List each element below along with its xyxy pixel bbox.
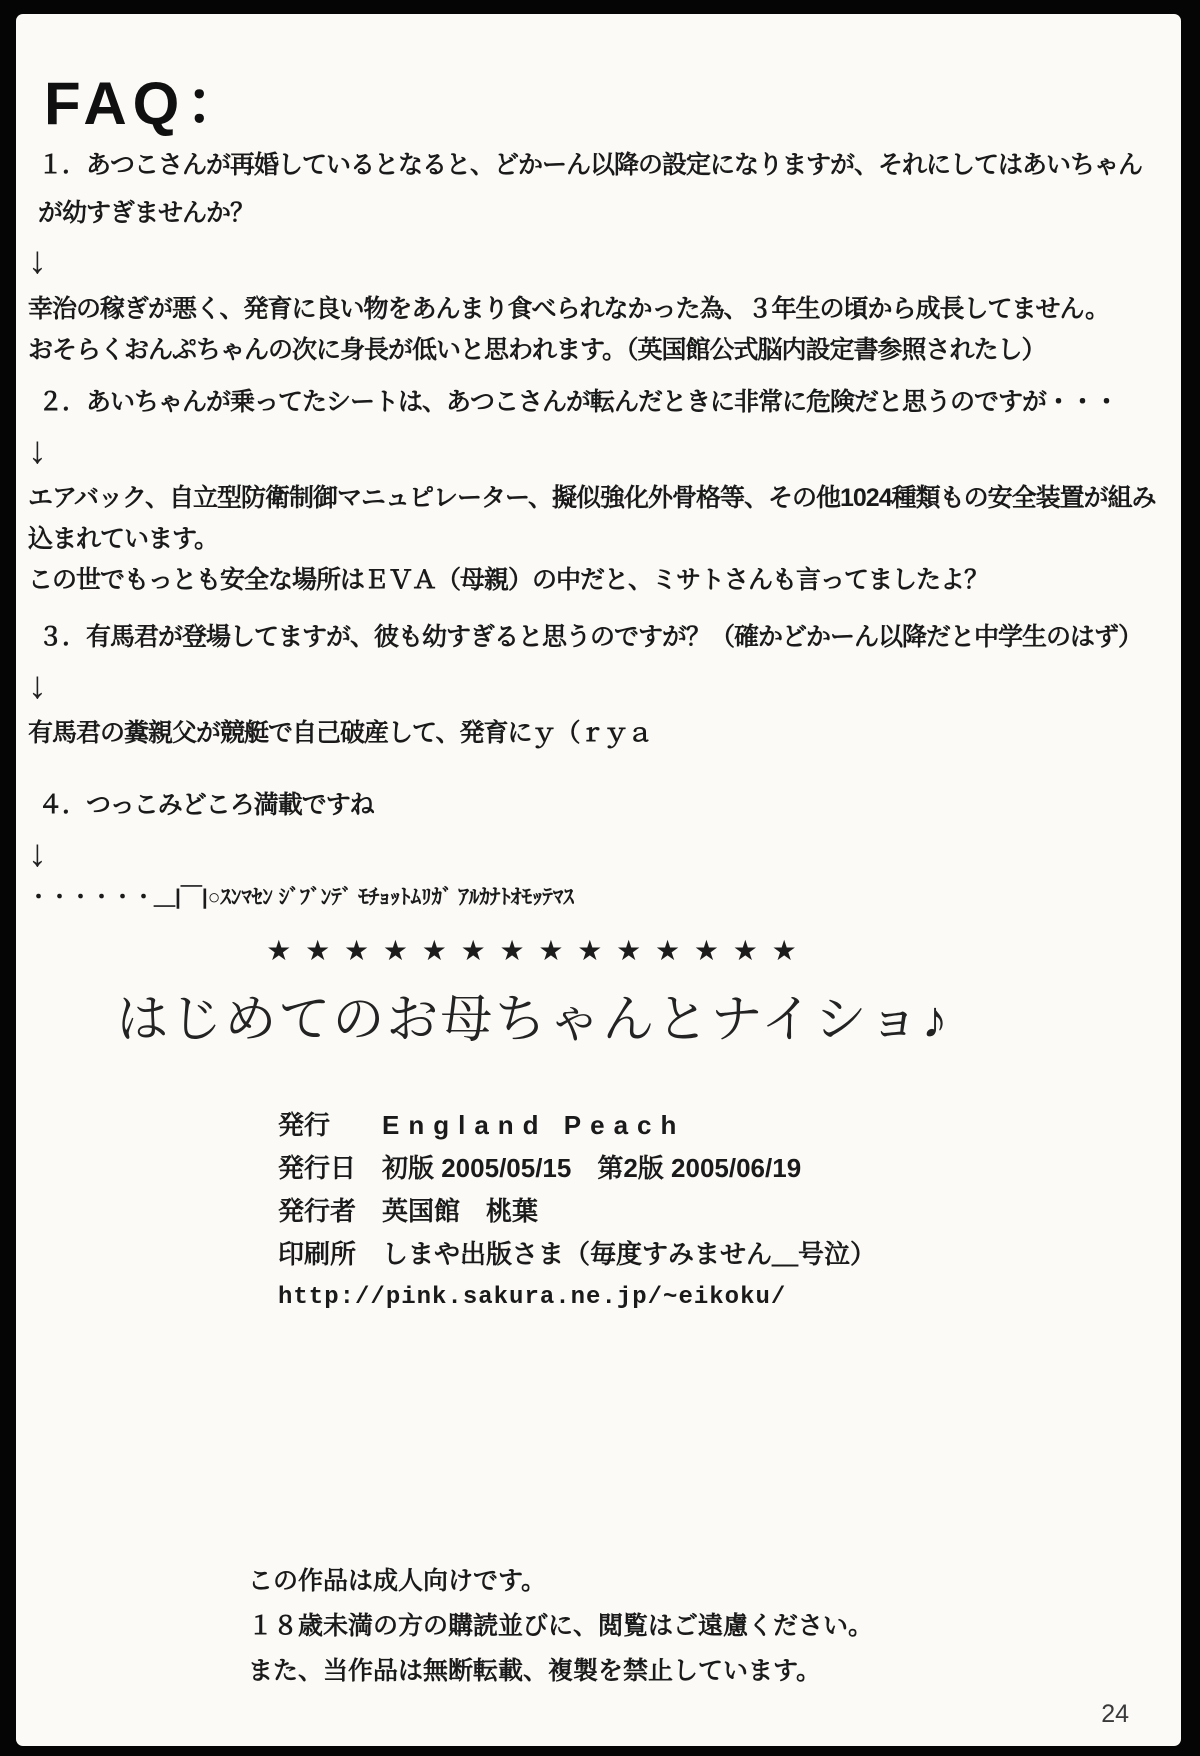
faq-item-4: ４．つっこみどころ満載ですね ↓ ・・・・・・＿|￣|○ｽﾝﾏｾﾝ ｼﾞﾌﾞﾝﾃ… [28,782,1159,911]
faq-answer-2-line-1: エアバック、自立型防衛制御マニュピレーター、擬似強化外骨格等、その他1024種類… [28,478,1159,560]
down-arrow: ↓ [28,834,1159,876]
faq-answer-4: ・・・・・・＿|￣|○ｽﾝﾏｾﾝ ｼﾞﾌﾞﾝﾃﾞ ﾓﾁｮｯﾄﾑﾘｶﾞ ｱﾙｶﾅﾄ… [28,881,1159,911]
faq-item-2: ２．あいちゃんが乗ってたシートは、あつこさんが転んだときに非常に危険だと思うので… [28,379,1159,601]
colophon-row-printer: 印刷所しまや出版さま（毎度すみません＿号泣） [278,1233,876,1276]
faq-answer-1-line-2: おそらくおんぷちゃんの次に身長が低いと思われます。（英国館公式脳内設定書参照され… [28,330,1159,371]
star-divider: ★ ★ ★ ★ ★ ★ ★ ★ ★ ★ ★ ★ ★ ★ [28,934,1038,967]
faq-answer-3: 有馬君の糞親父が競艇で自己破産して、発育にｙ（ｒｙａ [28,713,1159,754]
colophon-label: 発行 [278,1104,382,1147]
colophon-value: 英国館 桃葉 [382,1196,538,1226]
colophon-row-publisher: 発行England Peach [278,1104,876,1147]
colophon-value: England Peach [382,1110,685,1140]
page-number: 24 [1101,1700,1129,1729]
colophon-value: しまや出版さま（毎度すみません＿号泣） [382,1239,876,1269]
faq-question-2: ２．あいちゃんが乗ってたシートは、あつこさんが転んだときに非常に危険だと思うので… [28,379,1159,427]
down-arrow: ↓ [28,666,1159,708]
colophon-label: 発行日 [278,1147,382,1190]
colophon-row-author: 発行者英国館 桃葉 [278,1190,876,1233]
faq-question-3: ３．有馬君が登場してますが、彼も幼すぎると思うのですが？（確かどかーん以降だと中… [28,614,1159,662]
faq-answer-1-line-1: 幸治の稼ぎが悪く、発育に良い物をあんまり食べられなかった為、３年生の頃から成長し… [28,289,1159,330]
faq-item-1: １．あつこさんが再婚しているとなると、どかーん以降の設定になりますが、それにして… [28,142,1159,371]
down-arrow: ↓ [28,241,1159,283]
colophon-row-date: 発行日初版 2005/05/15 第2版 2005/06/19 [278,1147,876,1190]
colophon: 発行England Peach 発行日初版 2005/05/15 第2版 200… [278,1104,876,1319]
faq-answer-2-line-2: この世でもっとも安全な場所はＥＶＡ（母親）の中だと、ミサトさんも言ってましたよ？ [28,560,1159,601]
notice-line-1: この作品は成人向けです。 [248,1559,873,1604]
title-block: ★ ★ ★ ★ ★ ★ ★ ★ ★ ★ ★ ★ ★ ★ はじめてのお母ちゃんとナ… [28,934,1038,1052]
faq-item-3: ３．有馬君が登場してますが、彼も幼すぎると思うのですが？（確かどかーん以降だと中… [28,614,1159,754]
doujin-colophon-page: FAQ： １．あつこさんが再婚しているとなると、どかーん以降の設定になりますが、… [16,14,1181,1746]
colophon-value: 初版 2005/05/15 第2版 2005/06/19 [382,1153,801,1183]
down-arrow: ↓ [28,431,1159,473]
adult-notice: この作品は成人向けです。 １８歳未満の方の購読並びに、閲覧はご遠慮ください。 ま… [248,1559,873,1694]
faq-heading: FAQ： [44,56,251,142]
notice-line-2: １８歳未満の方の購読並びに、閲覧はご遠慮ください。 [248,1604,873,1649]
colophon-label: 印刷所 [278,1233,382,1276]
faq-question-1: １．あつこさんが再婚しているとなると、どかーん以降の設定になりますが、それにして… [28,142,1159,237]
colophon-label: 発行者 [278,1190,382,1233]
faq-question-4: ４．つっこみどころ満載ですね [28,782,1159,830]
book-title: はじめてのお母ちゃんとナイショ♪ [28,977,1038,1052]
notice-line-3: また、当作品は無断転載、複製を禁止しています。 [248,1649,873,1694]
website-url: http://pink.sakura.ne.jp/~eikoku/ [278,1276,876,1319]
